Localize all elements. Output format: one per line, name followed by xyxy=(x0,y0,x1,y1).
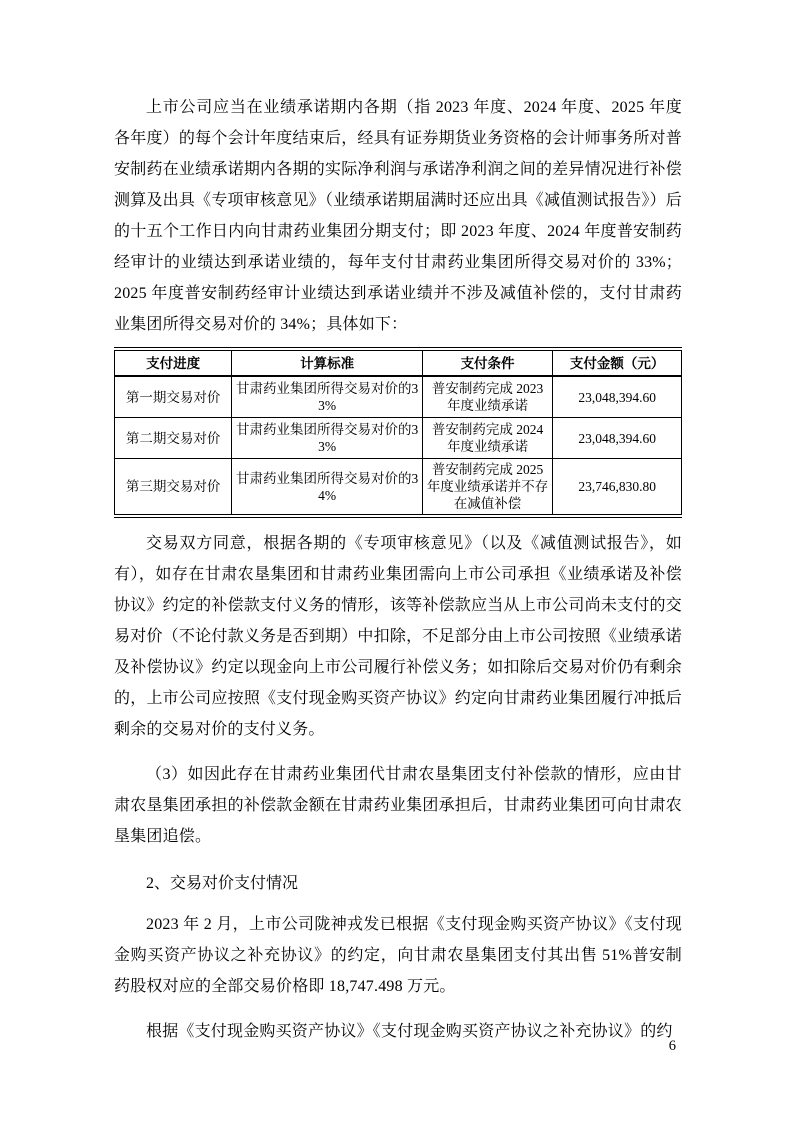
cell-basis: 甘肃药业集团所得交易对价的33% xyxy=(232,376,423,418)
cell-condition: 普安制药完成 2024 年度业绩承诺 xyxy=(422,418,552,459)
paragraph-per-agreements-continued: 根据《支付现金购买资产协议》《支付现金购买资产协议之补充协议》的约 xyxy=(114,1016,682,1047)
cell-basis: 甘肃药业集团所得交易对价的33% xyxy=(232,418,423,459)
table-header-payment-stage: 支付进度 xyxy=(115,349,232,376)
table-header-calculation-basis: 计算标准 xyxy=(232,349,423,376)
cell-amount: 23,746,830.80 xyxy=(553,459,682,517)
paragraph-compensation-deduction: 交易双方同意，根据各期的《专项审核意见》（以及《减值测试报告》，如有），如存在甘… xyxy=(114,528,682,745)
cell-stage: 第三期交易对价 xyxy=(115,459,232,517)
table-row-third-installment: 第三期交易对价 甘肃药业集团所得交易对价的34% 普安制药完成 2025 年度业… xyxy=(115,459,682,517)
cell-amount: 23,048,394.60 xyxy=(553,418,682,459)
table-header-payment-condition: 支付条件 xyxy=(422,349,552,376)
cell-basis: 甘肃药业集团所得交易对价的34% xyxy=(232,459,423,517)
table-row-first-installment: 第一期交易对价 甘肃药业集团所得交易对价的33% 普安制药完成 2023 年度业… xyxy=(115,376,682,418)
cell-stage: 第一期交易对价 xyxy=(115,376,232,418)
table-header-payment-amount: 支付金额（元） xyxy=(553,349,682,376)
document-page: 上市公司应当在业绩承诺期内各期（指 2023 年度、2024 年度、2025 年… xyxy=(0,0,794,1122)
cell-condition: 普安制药完成 2025 年度业绩承诺并不存在减值补偿 xyxy=(422,459,552,517)
paragraph-item-3-recourse: （3）如因此存在甘肃药业集团代甘肃农垦集团支付补偿款的情形，应由甘肃农垦集团承担… xyxy=(114,759,682,852)
payment-schedule-table: 支付进度 计算标准 支付条件 支付金额（元） 第一期交易对价 甘肃药业集团所得交… xyxy=(114,347,682,518)
table-row-second-installment: 第二期交易对价 甘肃药业集团所得交易对价的33% 普安制药完成 2024 年度业… xyxy=(115,418,682,459)
cell-amount: 23,048,394.60 xyxy=(553,376,682,418)
section-heading-payment-status: 2、交易对价支付情况 xyxy=(114,868,682,899)
page-number: 6 xyxy=(669,1036,676,1056)
paragraph-performance-commitment-payment: 上市公司应当在业绩承诺期内各期（指 2023 年度、2024 年度、2025 年… xyxy=(114,92,682,340)
cell-stage: 第二期交易对价 xyxy=(115,418,232,459)
table-header-row: 支付进度 计算标准 支付条件 支付金额（元） xyxy=(115,349,682,376)
cell-condition: 普安制药完成 2023 年度业绩承诺 xyxy=(422,376,552,418)
paragraph-payment-made-2023: 2023 年 2 月，上市公司陇神戎发已根据《支付现金购买资产协议》《支付现金购… xyxy=(114,909,682,1002)
